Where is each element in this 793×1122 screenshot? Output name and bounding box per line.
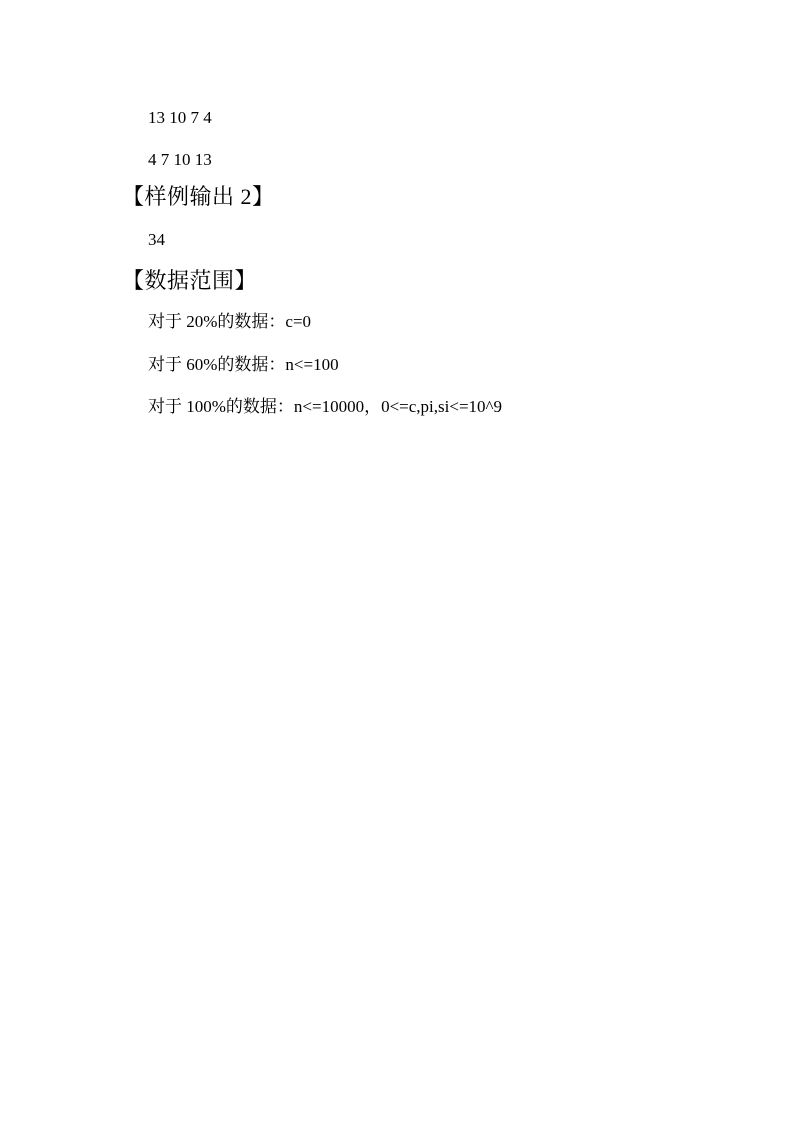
sample-output-value: 34	[148, 230, 165, 250]
section-heading-sample-output-2: 【样例输出 2】	[122, 184, 275, 209]
document-page: 13 10 7 4 4 7 10 13 【样例输出 2】 34 【数据范围】 对…	[0, 0, 793, 1122]
sample-input-line: 13 10 7 4	[148, 108, 212, 128]
sample-input-line: 4 7 10 13	[148, 150, 212, 170]
constraint-line-100-percent: 对于 100%的数据：n<=10000，0<=c,pi,si<=10^9	[148, 397, 502, 417]
constraint-line-20-percent: 对于 20%的数据：c=0	[148, 312, 311, 332]
constraint-line-60-percent: 对于 60%的数据：n<=100	[148, 355, 339, 375]
section-heading-data-range: 【数据范围】	[122, 268, 257, 293]
